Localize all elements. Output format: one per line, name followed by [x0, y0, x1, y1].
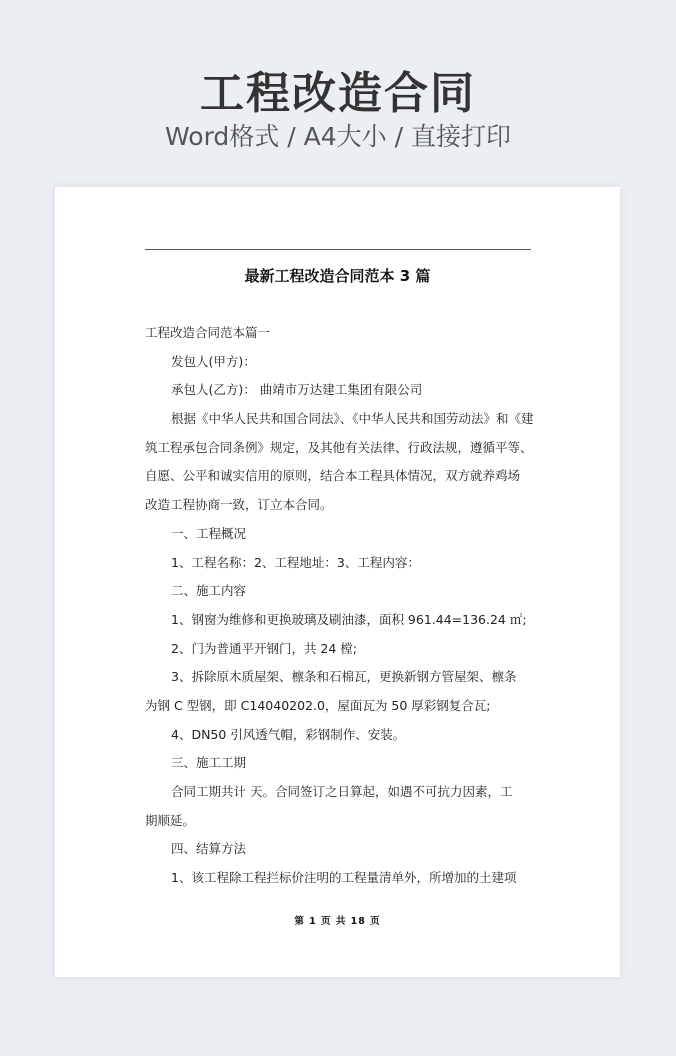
document-body: 工程改造合同范本篇一 发包人(甲方)： 承包人(乙方)： 曲靖市万达建工集团有限… — [145, 323, 531, 897]
document-page: 最新工程改造合同范本 3 篇 工程改造合同范本篇一 发包人(甲方)： 承包人(乙… — [55, 187, 620, 977]
section-heading: 工程改造合同范本篇一 — [145, 323, 531, 352]
paragraph-line: 4、DN50 引风透气帽，彩钢制作、安装。 — [145, 725, 531, 754]
paragraph-line: 为钢 C 型钢，即 C14040202.0，屋面瓦为 50 厚彩钢复合瓦; — [145, 696, 531, 725]
paragraph-line: 1、钢窗为维修和更换玻璃及刷油漆，面积 961.44=136.24 ㎡; — [145, 610, 531, 639]
paragraph-line: 期顺延。 — [145, 811, 531, 840]
paragraph-line: 根据《中华人民共和国合同法》、《中华人民共和国劳动法》和《建 — [145, 409, 531, 438]
paragraph-line: 自愿、公平和诚实信用的原则，结合本工程具体情况，双方就养鸡场 — [145, 466, 531, 495]
paragraph-line: 1、工程名称：2、工程地址：3、工程内容： — [145, 553, 531, 582]
document-title: 最新工程改造合同范本 3 篇 — [55, 265, 620, 287]
banner-subtitle: Word格式 / A4大小 / 直接打印 — [0, 120, 676, 154]
page-number-footer: 第 1 页 共 18 页 — [55, 913, 620, 927]
paragraph-line: 3、拆除原木质屋架、檩条和石棉瓦，更换新钢方管屋架、檩条 — [145, 667, 531, 696]
banner-title: 工程改造合同 — [0, 66, 676, 122]
clause-heading: 四、结算方法 — [145, 839, 531, 868]
party-a-line: 发包人(甲方)： — [145, 352, 531, 381]
clause-heading: 三、施工工期 — [145, 753, 531, 782]
clause-heading: 一、工程概况 — [145, 524, 531, 553]
paragraph-line: 筑工程承包合同条例》规定，及其他有关法律、行政法规，遵循平等、 — [145, 438, 531, 467]
party-b-line: 承包人(乙方)： 曲靖市万达建工集团有限公司 — [145, 380, 531, 409]
clause-heading: 二、施工内容 — [145, 581, 531, 610]
paragraph-line: 合同工期共计 天。合同签订之日算起，如遇不可抗力因素，工 — [145, 782, 531, 811]
paragraph-line: 改造工程协商一致，订立本合同。 — [145, 495, 531, 524]
paragraph-line: 1、该工程除工程拦标价注明的工程量清单外，所增加的土建项 — [145, 868, 531, 897]
paragraph-line: 2、门为普通平开钢门，共 24 樘; — [145, 639, 531, 668]
header-rule — [145, 249, 531, 250]
